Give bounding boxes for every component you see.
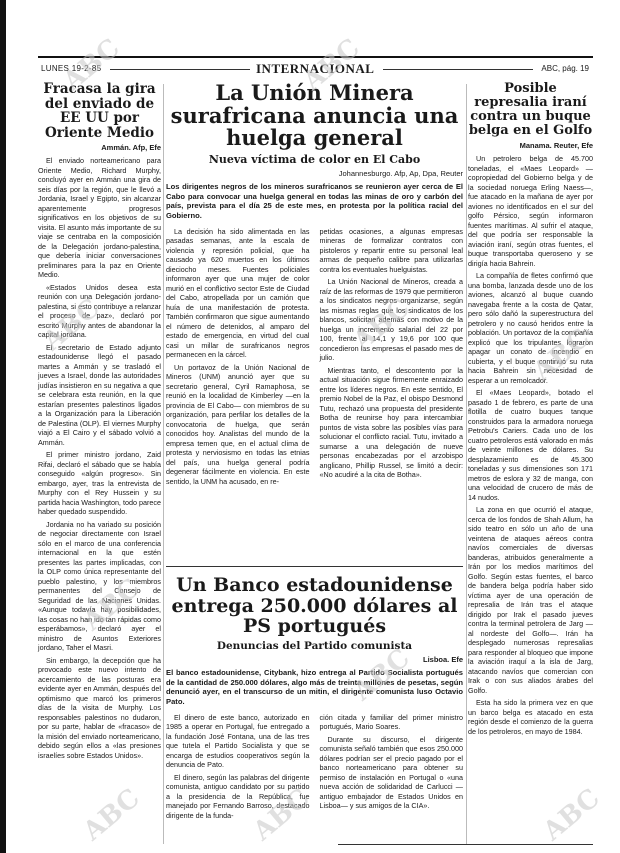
paragraph: La zona en que ocurrió el ataque, cerca … [468,505,593,695]
paragraph: Esta ha sido la primera vez en que un ba… [468,698,593,736]
text-column: La decisión ha sido alimentada en las pa… [166,227,310,490]
abc-watermark: ABC [538,783,606,847]
paragraph: El primer ministro jordano, Zaid Rifai, … [38,450,161,517]
text-column: El dinero de este banco, autorizado en 1… [166,713,310,824]
article-byline: Manama. Reuter, Efe [468,141,593,150]
article-byline: Lisboa. Efe [166,655,463,664]
bottom-rule [338,844,593,845]
article-body: Un petrolero belga de 45.700 toneladas, … [468,154,593,736]
column-divider [466,84,467,844]
article-headline: Un Banco estadounidense entrega 250.000 … [166,575,463,637]
article-headline: Posible represalia iraní contra un buque… [468,82,593,138]
paragraph: El «Maes Leopard», botado el pasado 1 de… [468,388,593,502]
article-murphy: Fracasa la gira del enviado de EE UU por… [38,82,161,763]
article-citybank: Un Banco estadounidense entrega 250.000 … [166,566,463,823]
article-headline: Fracasa la gira del enviado de EE UU por… [38,82,161,140]
article-body: El enviado norteamericano para Oriente M… [38,156,161,760]
text-column: petidas ocasiones, a algunas empresas mi… [320,227,464,490]
header-date: LUNES 19-2-85 [41,64,101,73]
scan-edge-bar [0,0,6,853]
header-page-ref: ABC, pág. 19 [541,64,589,73]
paragraph: El dinero de este banco, autorizado en 1… [166,713,310,770]
paragraph: «Estados Unidos desea esta reunión con u… [38,283,161,340]
header-rule-right [383,69,533,70]
paragraph: La compañía de fletes confirmó que una b… [468,271,593,385]
article-headline: La Unión Minera surafricana anuncia una … [166,82,463,150]
paragraph: petidas ocasiones, a algunas empresas mi… [320,227,464,275]
article-petrolero: Posible represalia iraní contra un buque… [468,82,593,739]
article-byline: Johannesburgo. Afp, Ap, Dpa, Reuter [166,169,463,178]
column-divider [163,84,164,844]
page-header: LUNES 19-2-85 INTERNACIONAL ABC, pág. 19 [38,56,593,80]
paragraph: La Unión Nacional de Mineros, creada a r… [320,277,464,363]
header-section: INTERNACIONAL [256,61,374,77]
article-lead: Los dirigentes negros de los mineros sur… [166,182,463,221]
paragraph: ción citada y familiar del primer minist… [320,713,464,732]
paragraph: El dinero, según las palabras del dirige… [166,773,310,821]
header-rule-left [110,69,250,70]
article-subheadline: Nueva víctima de color en El Cabo [166,154,463,166]
article-lead: El banco estadounidense, Citybank, hizo … [166,668,463,707]
article-byline: Ammán. Afp, Efe [38,143,161,152]
article-subheadline: Denuncias del Partido comunista [166,641,463,652]
paragraph: Durante su discurso, el dirigente comuni… [320,735,464,811]
paragraph: Un portavoz de la Unión Nacional de Mine… [166,363,310,487]
article-body: La decisión ha sido alimentada en las pa… [166,227,463,490]
paragraph: El secretario de Estado adjunto estadoun… [38,343,161,448]
article-mineros: La Unión Minera surafricana anuncia una … [166,82,463,489]
section-rule [166,566,463,567]
abc-watermark: ABC [78,783,146,847]
paragraph: Sin embargo, la decepción que ha provoca… [38,656,161,761]
paragraph: Mientras tanto, el descontento por la ac… [320,366,464,480]
paragraph: Jordania no ha variado su posición de ne… [38,520,161,653]
paragraph: Un petrolero belga de 45.700 toneladas, … [468,154,593,268]
article-body: El dinero de este banco, autorizado en 1… [166,713,463,824]
paragraph: El enviado norteamericano para Oriente M… [38,156,161,280]
paragraph: La decisión ha sido alimentada en las pa… [166,227,310,360]
text-column: ción citada y familiar del primer minist… [320,713,464,824]
newspaper-page: LUNES 19-2-85 INTERNACIONAL ABC, pág. 19… [38,56,593,80]
